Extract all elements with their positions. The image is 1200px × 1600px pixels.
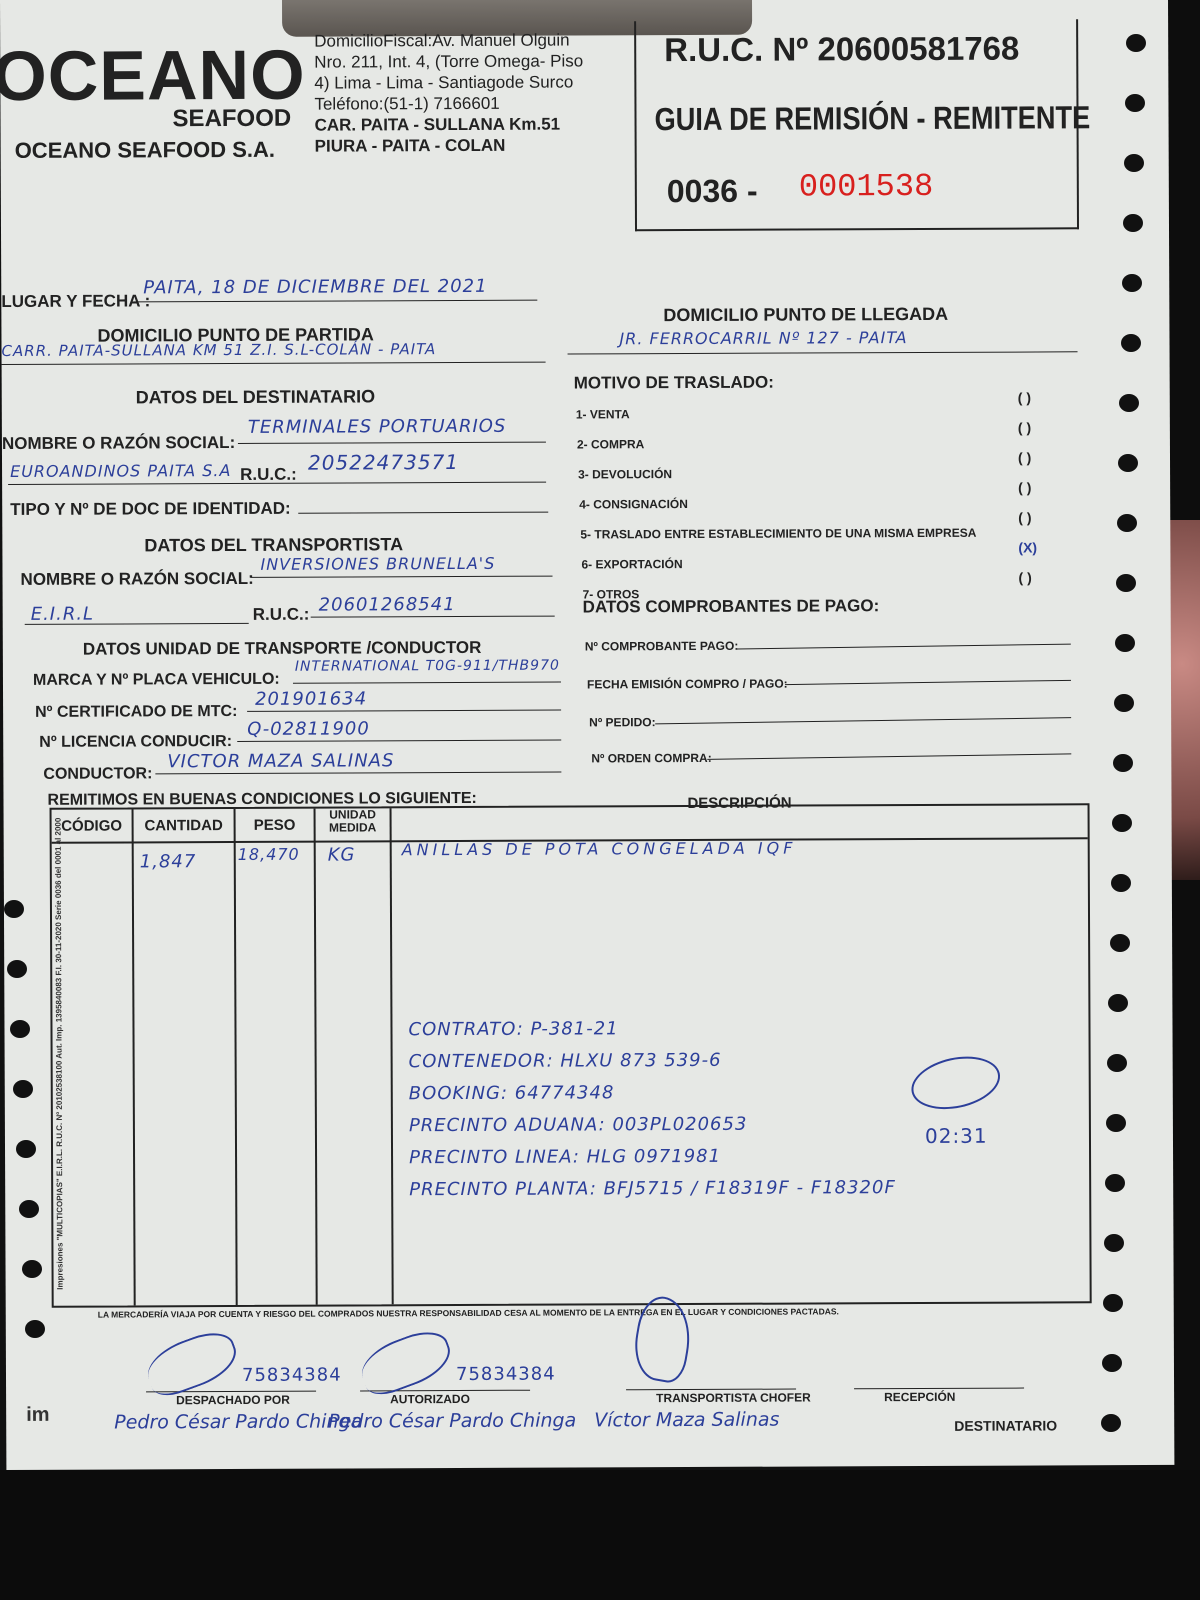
placa-value[interactable]: INTERNATIONAL T0G-911/THB970 (295, 658, 560, 675)
document-serie: 0036 - (667, 173, 758, 210)
motivo-option-label: 5- TRASLADO ENTRE ESTABLECIMIENTO DE UNA… (580, 526, 976, 542)
shipment-notes: CONTRATO: P-381-21CONTENEDOR: HLXU 873 5… (408, 1012, 895, 1206)
feed-hole (1105, 1174, 1125, 1192)
signature-role: RECEPCIÓN (884, 1390, 955, 1404)
shipment-note-line: PRECINTO LINEA: HLG 0971981 (409, 1140, 896, 1174)
dest-ruc-label: R.U.C.: (240, 465, 297, 485)
feed-hole (1104, 1234, 1124, 1252)
dest-nombre-label: NOMBRE O RAZÓN SOCIAL: (2, 433, 235, 454)
signer-id: 75834384 (456, 1364, 556, 1385)
destinatario-header: DATOS DEL DESTINATARIO (136, 386, 375, 408)
shipment-note-line: PRECINTO ADUANA: 003PL020653 (409, 1108, 896, 1142)
signature-role: AUTORIZADO (390, 1392, 470, 1406)
trans-nombre-label: NOMBRE O RAZÓN SOCIAL: (20, 569, 253, 590)
company-logo-main: OCEANO (0, 35, 306, 116)
feed-hole (19, 1200, 39, 1218)
feed-hole (4, 900, 24, 918)
disclaimer: LA MERCADERÍA VIAJA POR CUENTA Y RIESGO … (98, 1306, 839, 1319)
trans-nombre-value[interactable]: INVERSIONES BRUNELLA'S (260, 554, 495, 574)
signer-name: Pedro César Pardo Chinga (328, 1409, 576, 1432)
shipment-note-line: PRECINTO PLANTA: BFJ5715 / F18319F - F18… (409, 1172, 896, 1206)
row-peso: 18,470 (238, 845, 300, 864)
dest-nombre-value-2[interactable]: EUROANDINOS PAITA S.A (10, 461, 231, 481)
feed-hole (1111, 874, 1131, 892)
motivo-header: MOTIVO DE TRASLADO: (574, 373, 774, 394)
feed-hole (1115, 634, 1135, 652)
signer-id: 75834384 (242, 1365, 342, 1386)
items-table: CÓDIGO CANTIDAD PESO UNIDAD MEDIDA DESCR… (50, 803, 1092, 1308)
shipment-note-line: CONTENEDOR: HLXU 873 539-6 (409, 1044, 896, 1078)
col-header-peso: PESO (236, 817, 314, 834)
motivo-checkbox[interactable]: ( ) (1018, 510, 1031, 526)
feed-hole (1124, 154, 1144, 172)
feed-hole (13, 1080, 33, 1098)
document-title: GUIA DE REMISIÓN - REMITENTE (654, 99, 1090, 138)
lugar-fecha-value[interactable]: PAITA, 18 DE DICIEMBRE DEL 2021 (143, 276, 487, 299)
llegada-value[interactable]: JR. FERROCARRIL Nº 127 - PAITA (619, 328, 907, 348)
signature-role: DESPACHADO POR (176, 1393, 290, 1407)
document-number: 0001538 (799, 168, 934, 206)
transportista-header: DATOS DEL TRANSPORTISTA (144, 534, 403, 556)
feed-hole (1116, 574, 1136, 592)
feed-hole (1102, 1354, 1122, 1372)
motivo-option-label: 3- DEVOLUCIÓN (578, 467, 672, 481)
unidad-header: DATOS UNIDAD DE TRANSPORTE /CONDUCTOR (83, 638, 482, 660)
feed-hole (7, 960, 27, 978)
col-header-unidad: UNIDAD MEDIDA (316, 808, 390, 834)
company-logo-sub: SEAFOOD (172, 105, 291, 134)
col-header-codigo: CÓDIGO (52, 817, 132, 834)
signer-name: Pedro César Pardo Chinga (114, 1410, 362, 1433)
dest-nombre-value[interactable]: TERMINALES PORTUARIOS (248, 416, 507, 438)
background-floor (0, 1470, 1200, 1600)
feed-hole (16, 1140, 36, 1158)
ruc-number: R.U.C. Nº 20600581768 (664, 30, 1019, 70)
feed-hole (1101, 1414, 1121, 1432)
lugar-fecha-label: LUGAR Y FECHA : (1, 291, 150, 312)
comprobante-label: Nº COMPROBANTE PAGO: (585, 639, 739, 654)
plant-line: PIURA - PAITA - COLAN (315, 134, 584, 156)
feed-hole (1110, 934, 1130, 952)
dest-ruc-value[interactable]: 20522473571 (308, 450, 459, 475)
shipment-note-line: CONTRATO: P-381-21 (408, 1012, 895, 1046)
signature-role: TRANSPORTISTA CHOFER (656, 1390, 811, 1405)
company-address: DomicilioFiscal:Av. Manuel Olguin Nro. 2… (314, 29, 584, 156)
plant-line: CAR. PAITA - SULLANA Km.51 (315, 113, 584, 135)
feed-hole (1125, 94, 1145, 112)
pedido-label: Nº PEDIDO: (589, 715, 655, 729)
motivo-checkbox[interactable]: (X) (1018, 539, 1037, 555)
row-cantidad: 1,847 (140, 851, 197, 872)
placa-label: MARCA Y Nº PLACA VEHICULO: (33, 671, 280, 690)
trans-ruc-value[interactable]: 20601268541 (319, 594, 456, 616)
feed-hole (22, 1260, 42, 1278)
motivo-option-label: 2- COMPRA (577, 437, 644, 451)
row-unidad: KG (328, 844, 356, 865)
mtc-value[interactable]: 201901634 (255, 688, 367, 709)
conductor-label: CONDUCTOR: (43, 765, 152, 783)
motivo-option-label: 6- EXPORTACIÓN (581, 557, 682, 571)
address-line: 4) Lima - Lima - Santiagode Surco (314, 71, 583, 93)
pago-header: DATOS COMPROBANTES DE PAGO: (583, 596, 880, 617)
row-descripcion: ANILLAS DE POTA CONGELADA IQF (402, 839, 797, 860)
motivo-checkbox[interactable]: ( ) (1018, 390, 1031, 406)
feed-hole (1113, 754, 1133, 772)
licencia-label: Nº LICENCIA CONDUCIR: (39, 733, 232, 752)
feed-hole (1121, 334, 1141, 352)
signer-name: Víctor Maza Salinas (594, 1409, 779, 1432)
feed-hole (1123, 214, 1143, 232)
trans-ruc-label: R.U.C.: (253, 605, 310, 625)
company-legal-name: OCEANO SEAFOOD S.A. (15, 137, 275, 164)
trans-nombre-value-2[interactable]: E.I.R.L (31, 604, 94, 625)
feed-hole (1114, 694, 1134, 712)
signer-name: DESTINATARIO (954, 1417, 1057, 1433)
col-header-cantidad: CANTIDAD (134, 817, 234, 834)
remission-guide-document: OCEANO SEAFOOD OCEANO SEAFOOD S.A. Domic… (0, 0, 1174, 1470)
motivo-checkbox[interactable]: ( ) (1018, 480, 1031, 496)
time-note: 02:31 (925, 1124, 988, 1148)
feed-hole (1103, 1294, 1123, 1312)
feed-hole (1126, 34, 1146, 52)
feed-hole (1122, 274, 1142, 292)
phone-line: Teléfono:(51-1) 7166601 (314, 92, 583, 114)
address-line: Nro. 211, Int. 4, (Torre Omega- Piso (314, 50, 583, 72)
col-header-descripcion: DESCRIPCIÓN (391, 793, 1087, 813)
motivo-checkbox[interactable]: ( ) (1018, 450, 1031, 466)
doc-identidad-label: TIPO Y Nº DE DOC DE IDENTIDAD: (10, 499, 291, 520)
address-line: DomicilioFiscal:Av. Manuel Olguin (314, 29, 583, 51)
feed-hole (1112, 814, 1132, 832)
partida-value[interactable]: CARR. PAITA-SULLANA KM 51 Z.I. S.L-COLÁN… (1, 340, 436, 360)
llegada-header: DOMICILIO PUNTO DE LLEGADA (663, 304, 948, 326)
motivo-checkbox[interactable]: ( ) (1018, 420, 1031, 436)
shipment-note-line: BOOKING: 64774348 (409, 1076, 896, 1110)
orden-compra-label: Nº ORDEN COMPRA: (591, 751, 711, 766)
licencia-value[interactable]: Q-02811900 (247, 718, 370, 740)
printer-logo: im (26, 1404, 49, 1427)
stamp-signature-icon (906, 1049, 1005, 1117)
conductor-value[interactable]: VICTOR MAZA SALINAS (167, 750, 394, 772)
mtc-label: Nº CERTIFICADO DE MTC: (35, 703, 237, 722)
fecha-emision-label: FECHA EMISIÓN COMPRO / PAGO: (587, 677, 788, 692)
feed-hole (25, 1320, 45, 1338)
motivo-checkbox[interactable]: ( ) (1018, 570, 1031, 586)
feed-hole (10, 1020, 30, 1038)
motivo-option-label: 4- CONSIGNACIÓN (579, 497, 688, 511)
motivo-option-label: 1- VENTA (576, 407, 630, 421)
